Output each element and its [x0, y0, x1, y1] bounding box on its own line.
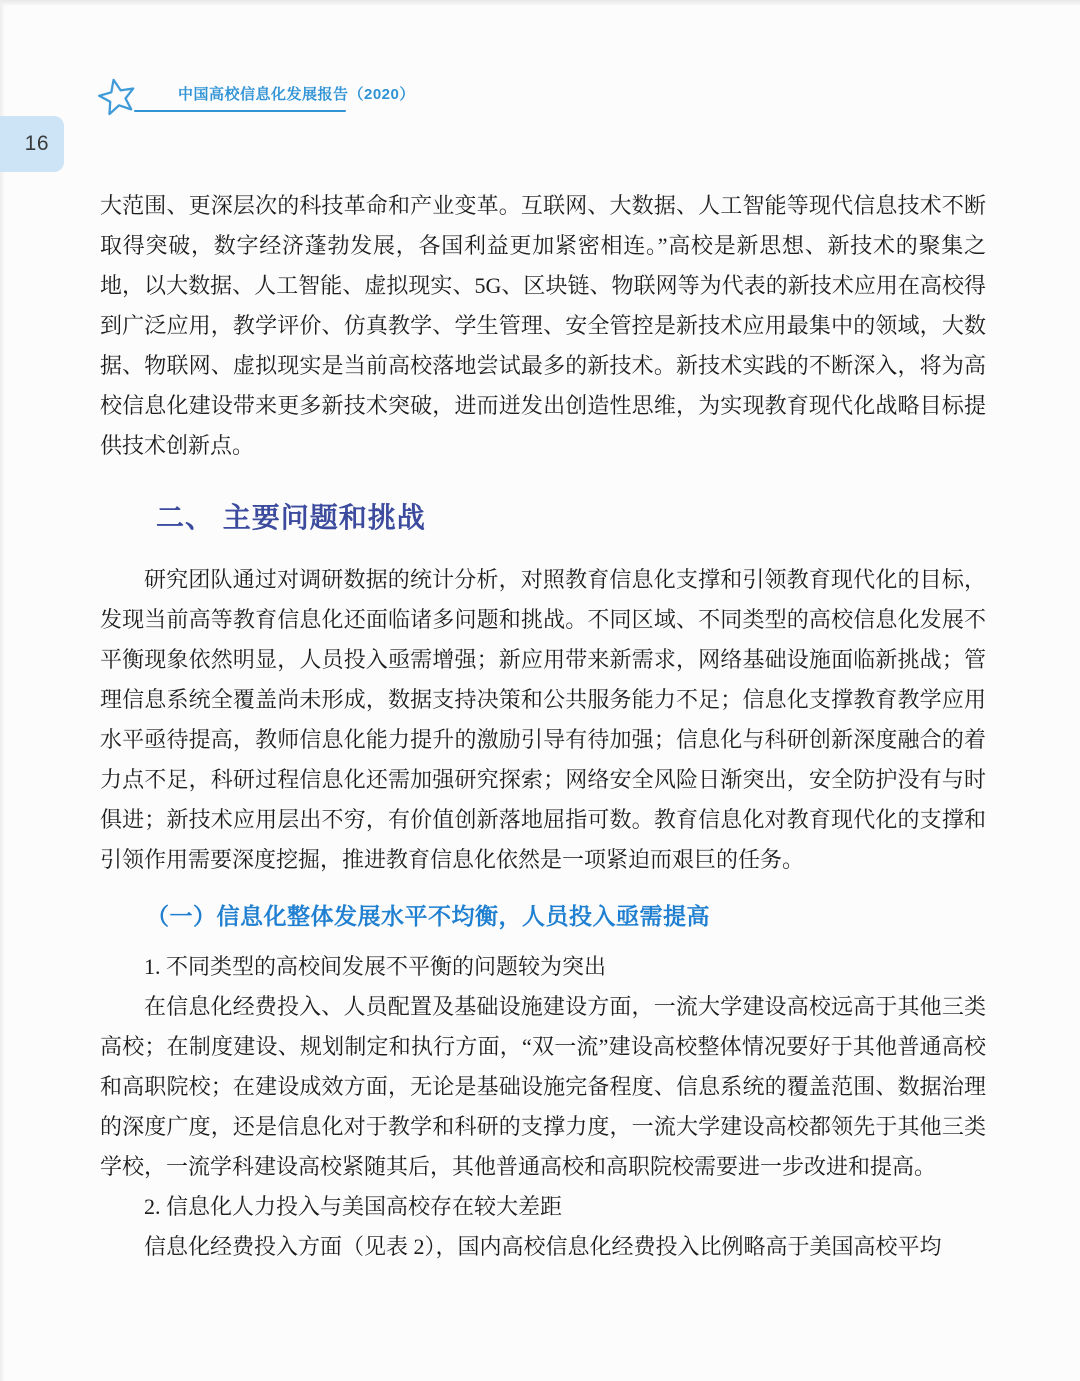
scan-edge-left	[0, 0, 5, 1381]
item-1-paragraph: 在信息化经费投入、人员配置及基础设施建设方面，一流大学建设高校远高于其他三类高校…	[100, 987, 986, 1187]
subsection-heading: （一）信息化整体发展水平不均衡，人员投入亟需提高	[146, 898, 986, 931]
report-title: 中国高校信息化发展报告（2020）	[178, 83, 415, 104]
section-heading: 二、 主要问题和挑战	[156, 496, 986, 536]
scan-edge-top	[0, 0, 1080, 6]
main-content: 大范围、更深层次的科技革命和产业变革。互联网、大数据、人工智能等现代信息技术不断…	[100, 186, 986, 1267]
item-2-paragraph: 信息化经费投入方面（见表 2），国内高校信息化经费投入比例略高于美国高校平均	[100, 1227, 986, 1267]
item-2-title: 2. 信息化人力投入与美国高校存在较大差距	[100, 1187, 986, 1227]
paragraph-continuation: 大范围、更深层次的科技革命和产业变革。互联网、大数据、人工智能等现代信息技术不断…	[100, 186, 986, 466]
page-number-tab: 16	[0, 116, 64, 172]
star-icon	[96, 76, 138, 116]
document-page: 中国高校信息化发展报告（2020） 16 大范围、更深层次的科技革命和产业变革。…	[0, 0, 1080, 1381]
item-1-title: 1. 不同类型的高校间发展不平衡的问题较为突出	[100, 947, 986, 987]
header-underline	[134, 110, 346, 112]
paragraph-overview: 研究团队通过对调研数据的统计分析，对照教育信息化支撑和引领教育现代化的目标，发现…	[100, 560, 986, 880]
page-number: 16	[25, 132, 49, 156]
report-header: 中国高校信息化发展报告（2020）	[96, 74, 516, 120]
